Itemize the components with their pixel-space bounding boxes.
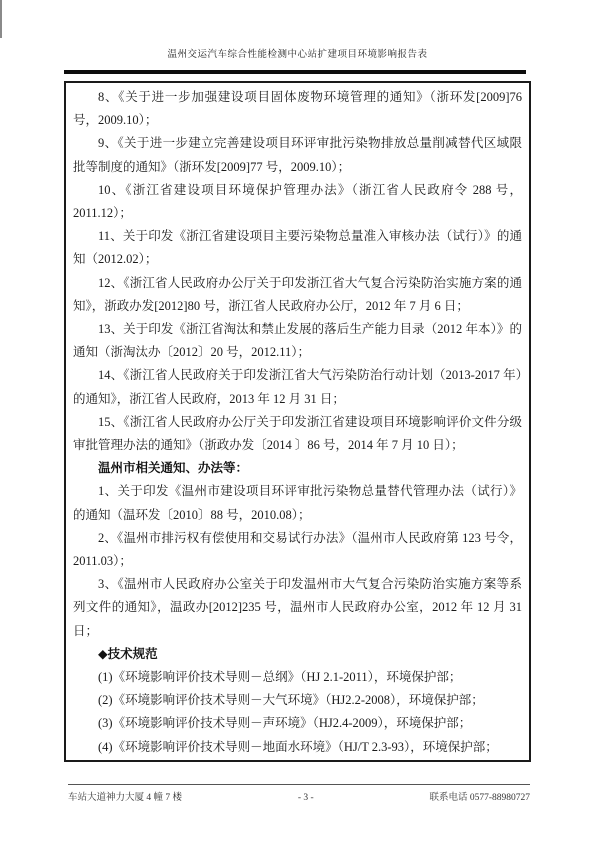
paragraph: (2)《环境影响评价技术导则－大气环境》（HJ2.2-2008），环境保护部；	[73, 689, 522, 712]
paragraph: 1、关于印发《温州市建设项目环评审批污染物总量替代管理办法（试行）》的通知（温环…	[73, 480, 522, 526]
paragraph: 11、关于印发《浙江省建设项目主要污染物总量准入审核办法（试行）》的通知（201…	[73, 225, 522, 271]
paragraph: 15、《浙江省人民政府办公厅关于印发浙江省建设项目环境影响评价文件分级审批管理办…	[73, 411, 522, 457]
paragraph: (3)《环境影响评价技术导则－声环境》（HJ2.4-2009），环境保护部；	[73, 712, 522, 735]
document-page: 温州交运汽车综合性能检测中心站扩建项目环境影响报告表 8、《关于进一步加强建设项…	[0, 0, 595, 841]
scan-edge-artifact	[0, 0, 2, 38]
section-heading: ◆技术规范	[73, 643, 522, 666]
paragraph: 3、《温州市人民政府办公室关于印发温州市大气复合污染防治实施方案等系列文件的通知…	[73, 573, 522, 643]
paragraph: 2、《温州市排污权有偿使用和交易试行办法》（温州市人民政府第 123 号令，20…	[73, 527, 522, 573]
paragraph: (1)《环境影响评价技术导则－总纲》（HJ 2.1-2011），环境保护部；	[73, 666, 522, 689]
paragraph: (5)《环境空气质量功能区划分原则与技术方法》（HJ/14-1996），1996…	[73, 759, 522, 762]
section-heading: 温州市相关通知、办法等：	[73, 457, 522, 480]
paragraph: (4)《环境影响评价技术导则－地面水环境》（HJ/T 2.3-93），环境保护部…	[73, 736, 522, 759]
footer-divider-rule	[68, 784, 530, 785]
header-divider-rule	[64, 70, 526, 74]
content-box: 8、《关于进一步加强建设项目固体废物环境管理的通知》（浙环发[2009]76 号…	[64, 81, 531, 762]
footer-address: 车站大道神力大厦 4 幢 7 楼	[68, 789, 182, 803]
report-header-title: 温州交运汽车综合性能检测中心站扩建项目环境影响报告表	[0, 46, 595, 60]
page-footer: 车站大道神力大厦 4 幢 7 楼 - 3 - 联系电话 0577-8898072…	[68, 789, 530, 803]
paragraph: 9、《关于进一步建立完善建设项目环评审批污染物排放总量削减替代区域限批等制度的通…	[73, 132, 522, 178]
footer-phone: 联系电话 0577-88980727	[429, 789, 530, 803]
paragraph: 12、《浙江省人民政府办公厅关于印发浙江省大气复合污染防治实施方案的通知》，浙政…	[73, 272, 522, 318]
footer-page-number: - 3 -	[298, 793, 314, 803]
paragraph: 13、关于印发《浙江省淘汰和禁止发展的落后生产能力目录（2012 年本）》的通知…	[73, 318, 522, 364]
paragraph: 8、《关于进一步加强建设项目固体废物环境管理的通知》（浙环发[2009]76 号…	[73, 86, 522, 132]
paragraph: 10、《浙江省建设项目环境保护管理办法》（浙江省人民政府令 288 号，2011…	[73, 179, 522, 225]
paragraph: 14、《浙江省人民政府关于印发浙江省大气污染防治行动计划（2013-2017 年…	[73, 364, 522, 410]
